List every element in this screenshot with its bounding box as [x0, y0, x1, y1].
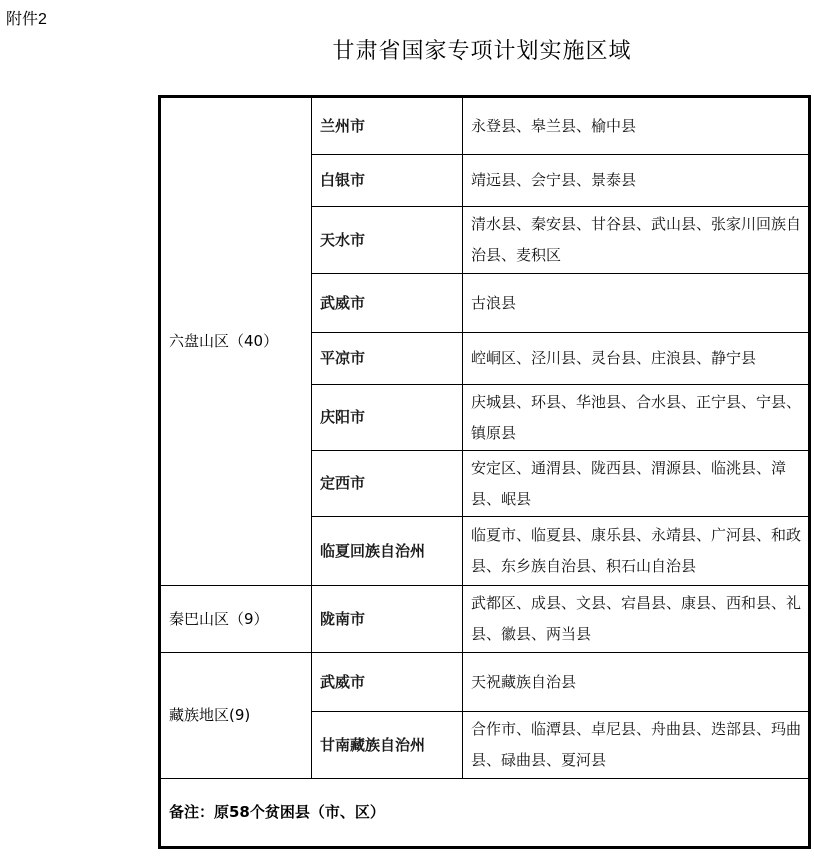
city-cell: 天水市	[312, 207, 463, 274]
regions-table: 六盘山区（40）兰州市永登县、皋兰县、榆中县白银市靖远县、会宁县、景泰县天水市清…	[158, 95, 811, 849]
city-cell: 定西市	[312, 451, 463, 517]
counties-cell: 清水县、秦安县、甘谷县、武山县、张家川回族自治县、麦积区	[463, 207, 810, 274]
note-row: 备注：原58个贫困县（市、区）	[160, 779, 810, 848]
city-cell: 兰州市	[312, 97, 463, 155]
city-cell: 武威市	[312, 653, 463, 712]
area-cell: 藏族地区(9)	[160, 653, 312, 779]
table-row: 秦巴山区（9）陇南市武都区、成县、文县、宕昌县、康县、西和县、礼县、徽县、两当县	[160, 586, 810, 653]
note-cell: 备注：原58个贫困县（市、区）	[160, 779, 810, 848]
counties-cell: 庆城县、环县、华池县、合水县、正宁县、宁县、镇原县	[463, 385, 810, 451]
counties-cell: 临夏市、临夏县、康乐县、永靖县、广河县、和政县、东乡族自治县、积石山自治县	[463, 517, 810, 586]
attachment-label: 附件2	[6, 6, 47, 29]
document-title: 甘肃省国家专项计划实施区域	[0, 34, 814, 65]
counties-cell: 靖远县、会宁县、景泰县	[463, 155, 810, 207]
table-row: 六盘山区（40）兰州市永登县、皋兰县、榆中县	[160, 97, 810, 155]
area-cell: 六盘山区（40）	[160, 97, 312, 586]
counties-cell: 永登县、皋兰县、榆中县	[463, 97, 810, 155]
city-cell: 武威市	[312, 274, 463, 333]
area-cell: 秦巴山区（9）	[160, 586, 312, 653]
city-cell: 临夏回族自治州	[312, 517, 463, 586]
counties-cell: 天祝藏族自治县	[463, 653, 810, 712]
counties-cell: 合作市、临潭县、卓尼县、舟曲县、迭部县、玛曲县、碌曲县、夏河县	[463, 712, 810, 779]
city-cell: 庆阳市	[312, 385, 463, 451]
counties-cell: 安定区、通渭县、陇西县、渭源县、临洮县、漳县、岷县	[463, 451, 810, 517]
table-row: 藏族地区(9)武威市天祝藏族自治县	[160, 653, 810, 712]
city-cell: 白银市	[312, 155, 463, 207]
counties-cell: 武都区、成县、文县、宕昌县、康县、西和县、礼县、徽县、两当县	[463, 586, 810, 653]
city-cell: 平凉市	[312, 333, 463, 385]
regions-table-body: 六盘山区（40）兰州市永登县、皋兰县、榆中县白银市靖远县、会宁县、景泰县天水市清…	[160, 97, 810, 848]
counties-cell: 古浪县	[463, 274, 810, 333]
counties-cell: 崆峒区、泾川县、灵台县、庄浪县、静宁县	[463, 333, 810, 385]
city-cell: 陇南市	[312, 586, 463, 653]
city-cell: 甘南藏族自治州	[312, 712, 463, 779]
